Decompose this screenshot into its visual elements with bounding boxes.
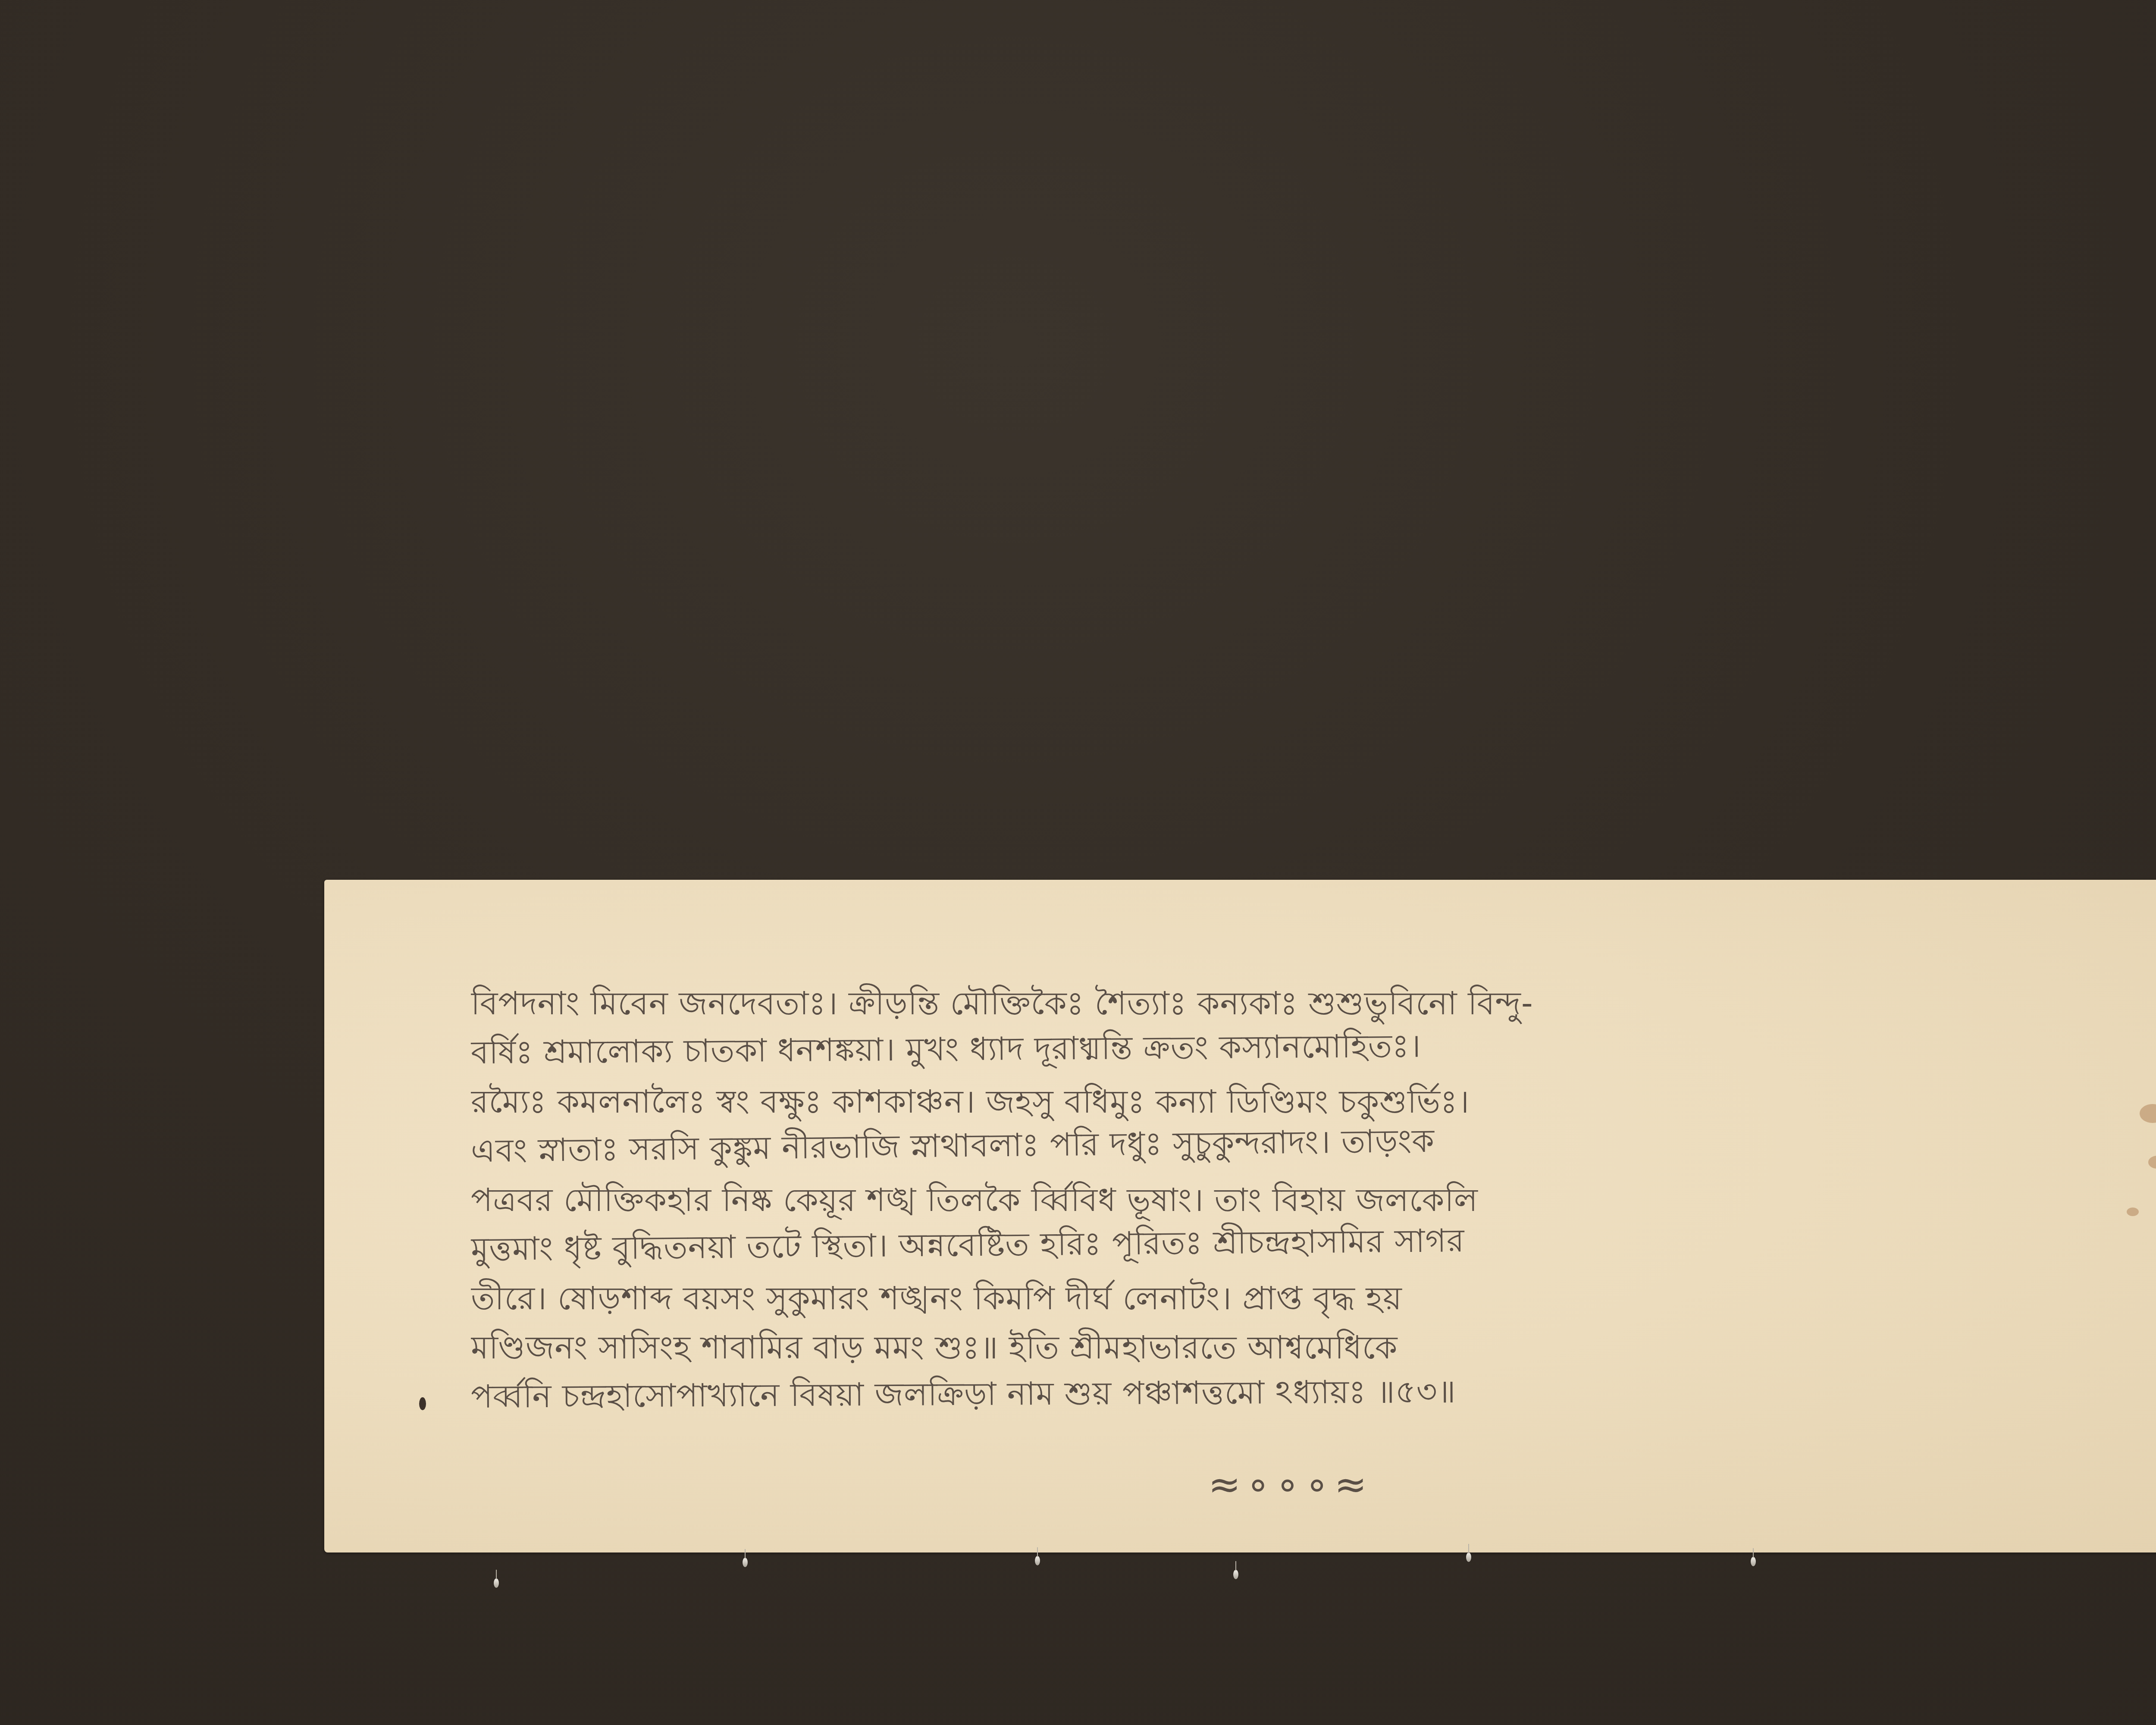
mounting-pin-icon — [1751, 1557, 1756, 1566]
mounting-pin-icon — [494, 1578, 499, 1588]
text-line-9: পর্ব্বনি চন্দ্রহাসোপাখ্যানে বিষয়া জলক্র… — [471, 1364, 2093, 1421]
mounting-pin-icon — [1035, 1556, 1040, 1565]
mounting-pin-icon — [1233, 1570, 1238, 1579]
mounting-pin-icon — [1466, 1552, 1471, 1562]
text-line-7: তীরে। ষোড়শাব্দ বয়সং সুকুমারং শঙ্খনং কি… — [471, 1274, 2092, 1323]
manuscript-text: বিপদনাং মিবেন জনদেবতাঃ। ক্রীড়ন্তি মৌক্ত… — [471, 979, 2092, 1421]
foxing-stain — [2148, 1156, 2156, 1169]
foxing-stain — [2140, 1104, 2156, 1123]
mounting-pin-icon — [743, 1558, 748, 1567]
ink-blot — [419, 1397, 426, 1410]
manuscript-leaf: বিপদনাং মিবেন জনদেবতাঃ। ক্রীড়ন্তি মৌক্ত… — [324, 880, 2156, 1552]
foxing-stain — [2127, 1207, 2139, 1216]
ending-ornament: ≈∘∘∘≈ — [1208, 1462, 1372, 1507]
